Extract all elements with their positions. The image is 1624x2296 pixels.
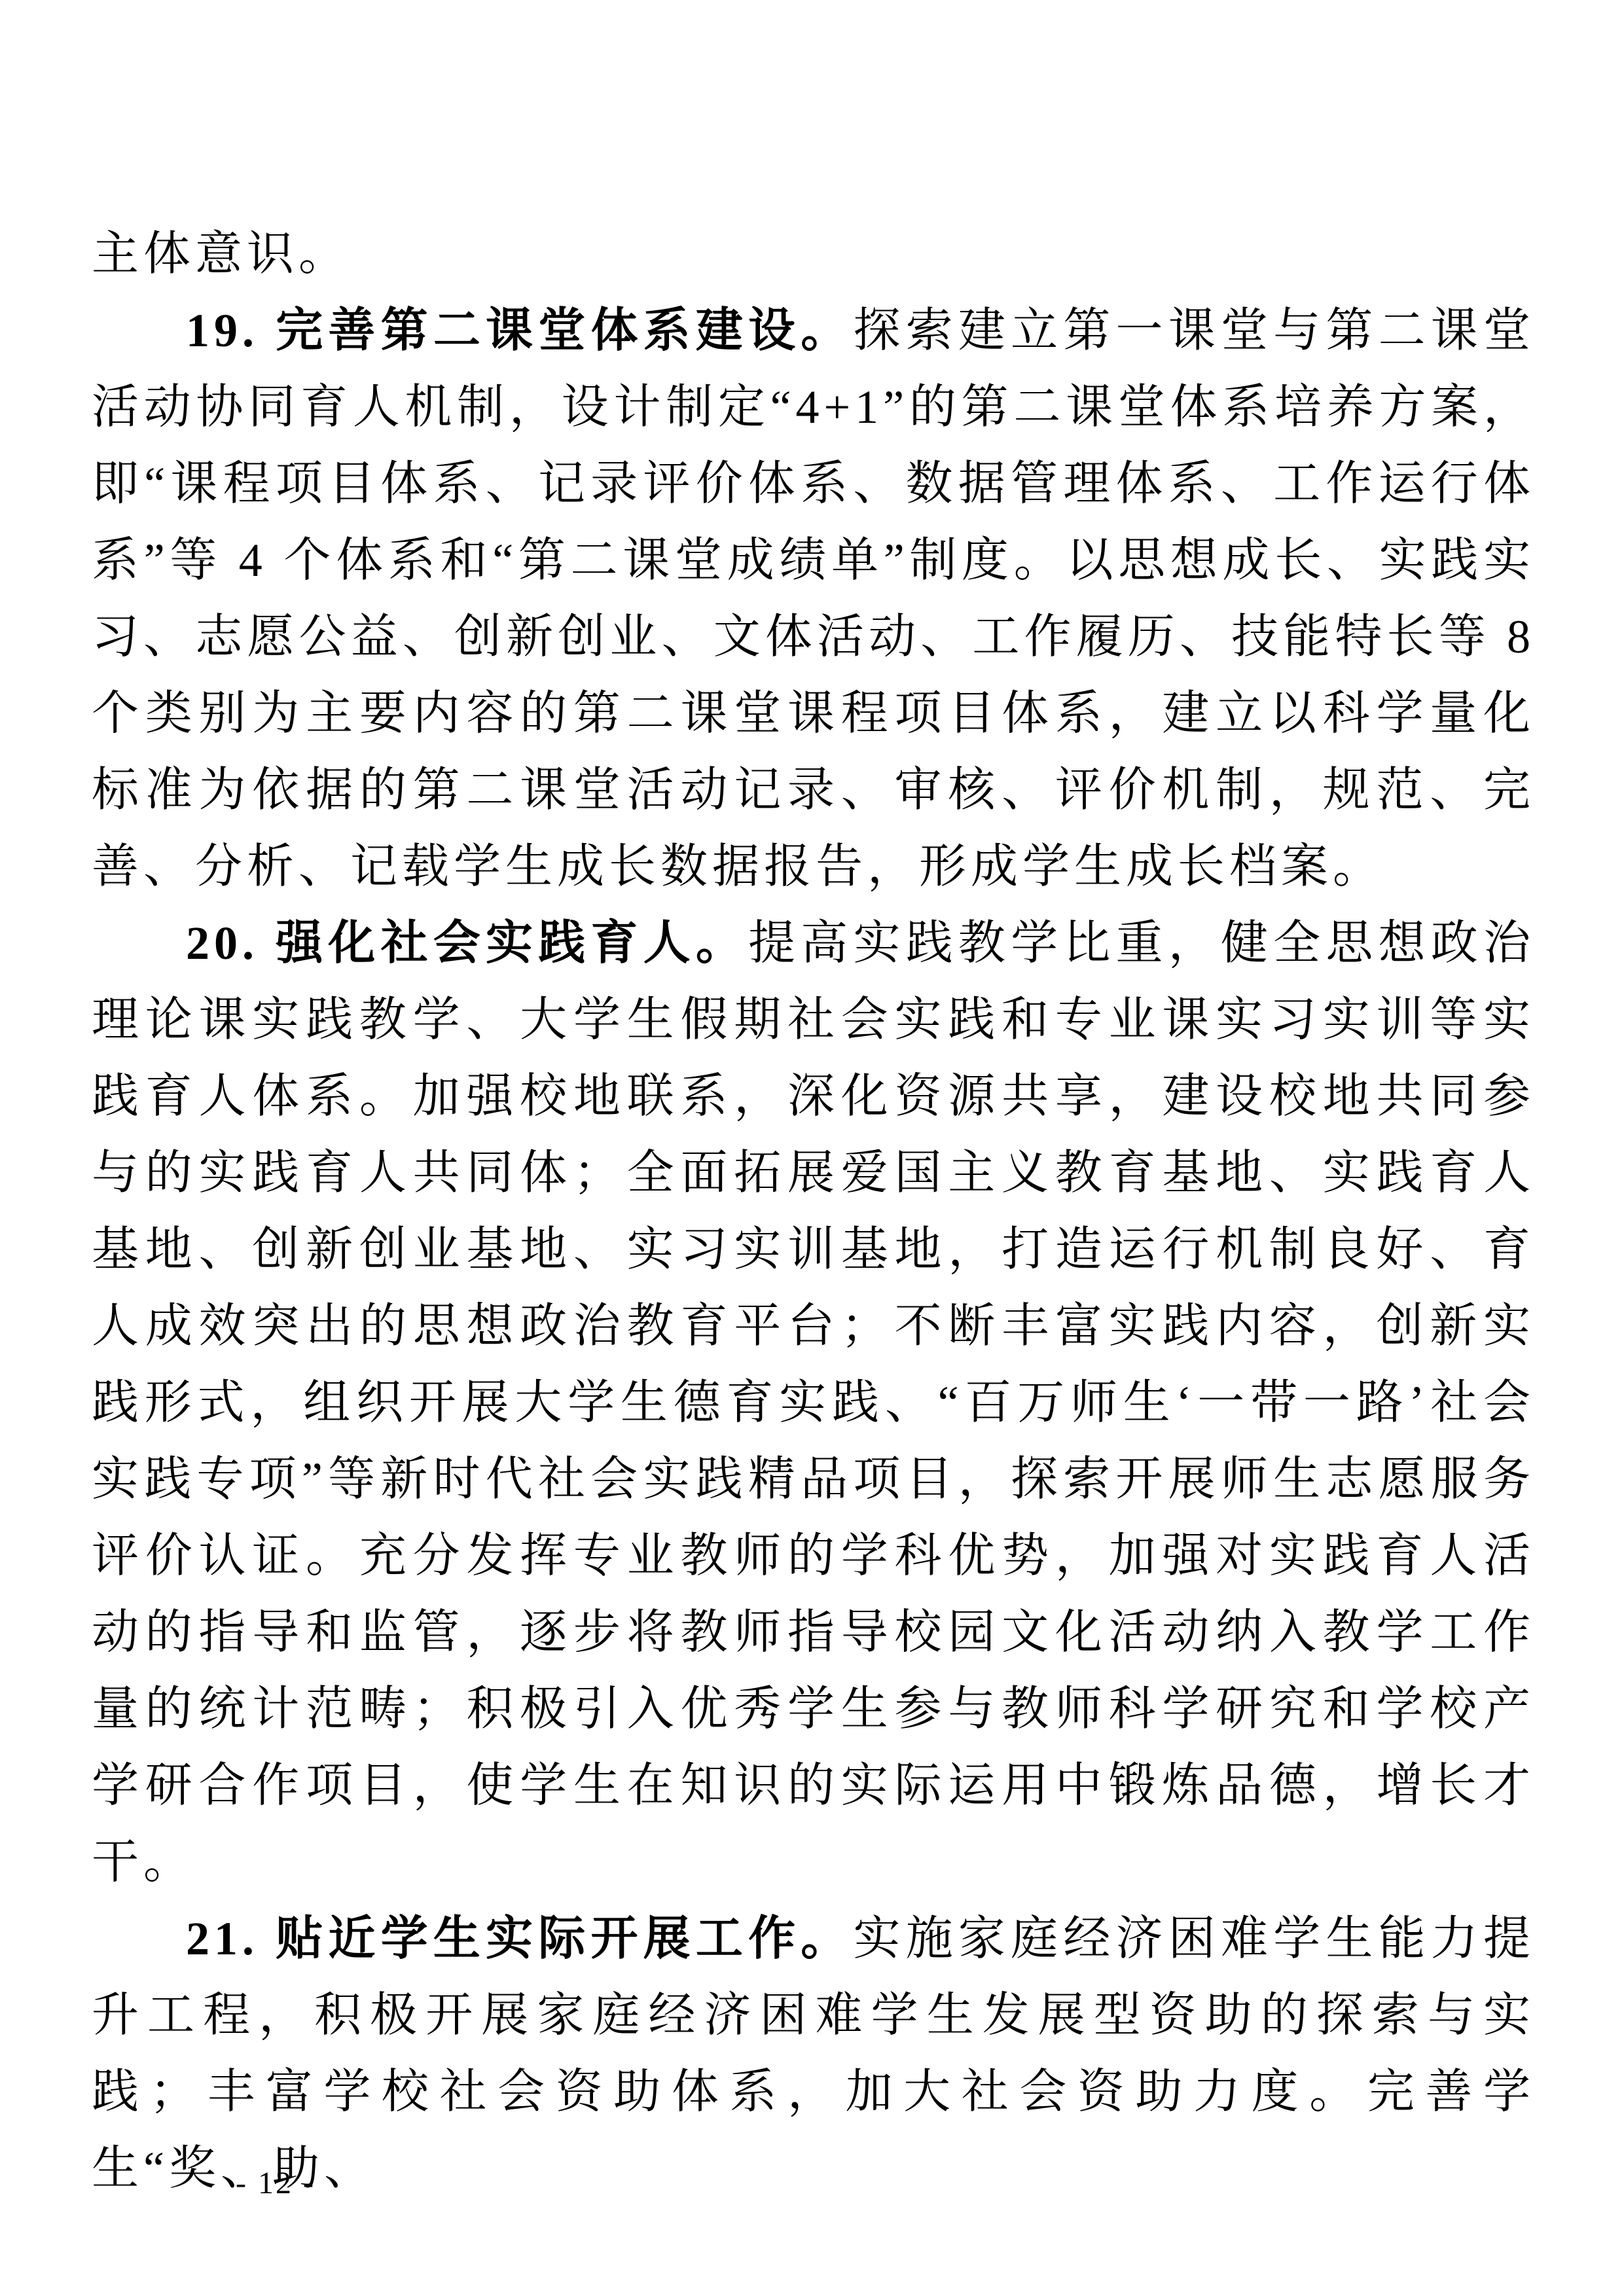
paragraph-heading: 20. 强化社会实践育人。 — [186, 917, 748, 969]
paragraph-item-19: 19. 完善第二课堂体系建设。探索建立第一课堂与第二课堂活动协同育人机制，设计制… — [92, 293, 1535, 905]
page-number: - 12 - — [236, 2165, 316, 2201]
paragraph-text: 主体意识。 — [92, 228, 350, 280]
paragraph-item-20: 20. 强化社会实践育人。提高实践教学比重，健全思想政治理论课实践教学、大学生假… — [92, 905, 1535, 1901]
paragraph-text: 提高实践教学比重，健全思想政治理论课实践教学、大学生假期社会实践和专业课实习实训… — [92, 917, 1535, 1888]
document-page: 主体意识。 19. 完善第二课堂体系建设。探索建立第一课堂与第二课堂活动协同育人… — [0, 0, 1624, 2296]
paragraph-text: 探索建立第一课堂与第二课堂活动协同育人机制，设计制定“4+1”的第二课堂体系培养… — [92, 304, 1535, 893]
paragraph-heading: 19. 完善第二课堂体系建设。 — [186, 304, 854, 357]
paragraph-item-21: 21. 贴近学生实际开展工作。实施家庭经济困难学生能力提升工程，积极开展家庭经济… — [92, 1901, 1535, 2207]
paragraph-continuation: 主体意识。 — [92, 216, 1535, 293]
document-body: 主体意识。 19. 完善第二课堂体系建设。探索建立第一课堂与第二课堂活动协同育人… — [92, 216, 1535, 2207]
paragraph-heading: 21. 贴近学生实际开展工作。 — [186, 1912, 854, 1965]
